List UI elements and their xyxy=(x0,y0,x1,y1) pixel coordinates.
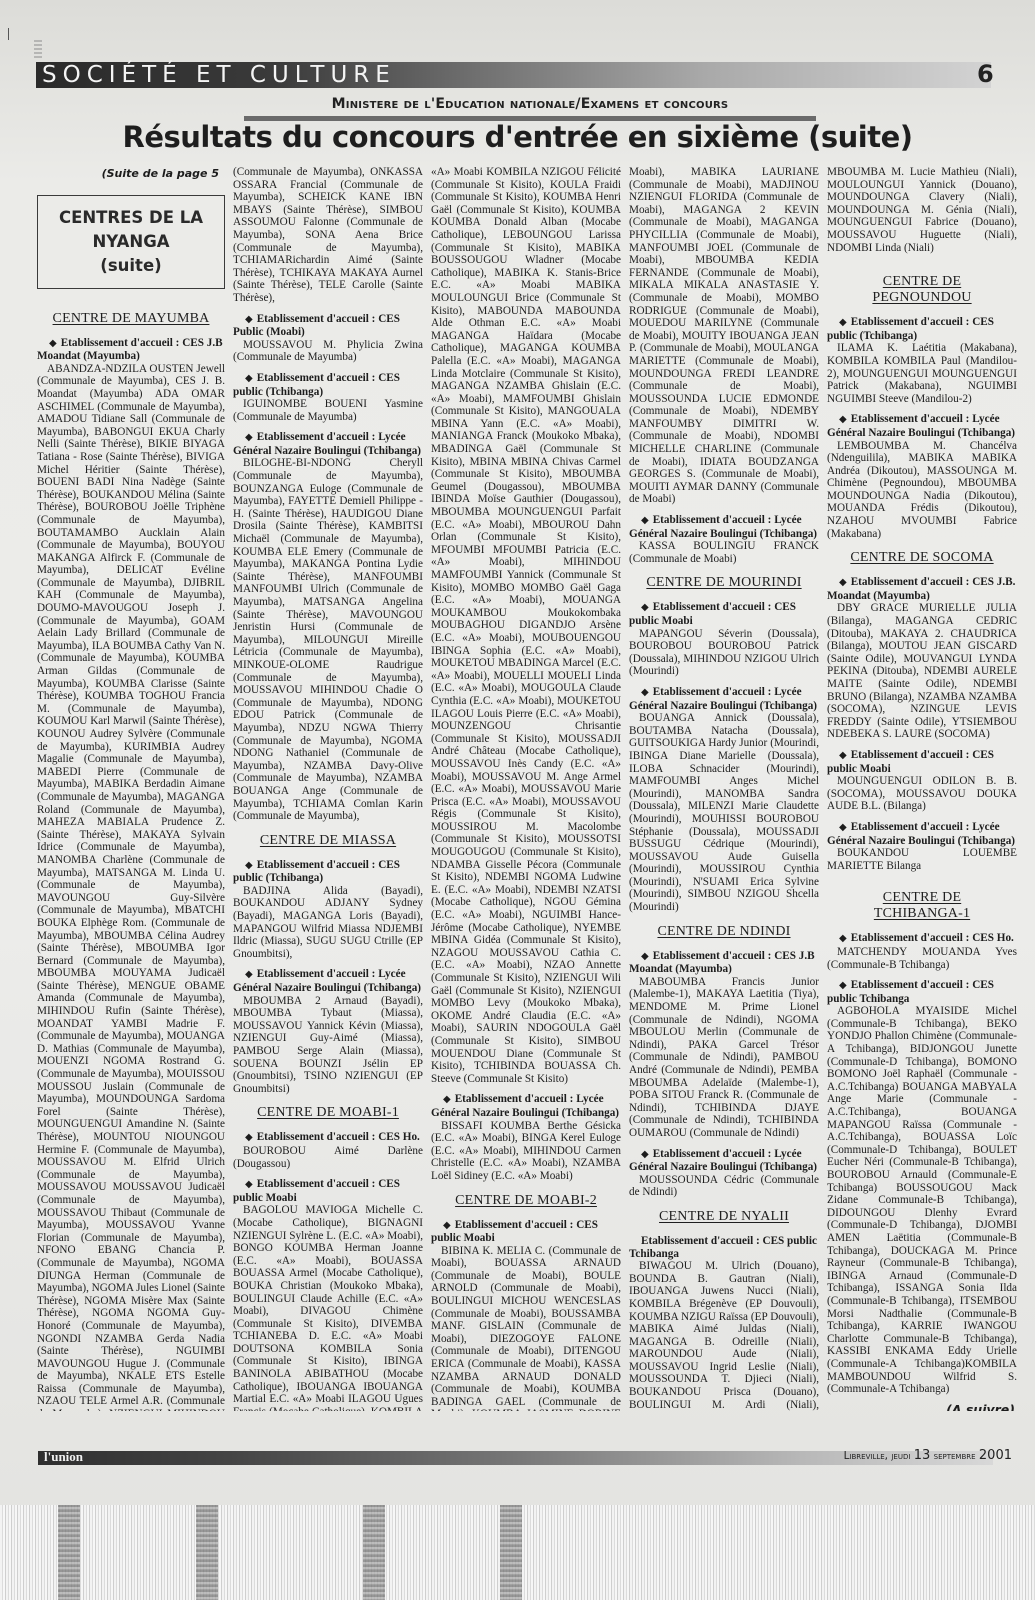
candidate-list: MBOUMBA M. Lucie Mathieu (Niali), MOULOU… xyxy=(827,166,1017,254)
candidate-list: MOUSSOUNDA Cédric (Communale de Ndindi) xyxy=(629,1174,819,1199)
candidate-list: IGUINOMBE BOUENI Yasmine (Communale de M… xyxy=(233,398,423,423)
school-heading: ◆Etablissement d'accueil : CES public (T… xyxy=(233,859,423,885)
candidate-list: «A» Moabi KOMBILA NZIGOU Félicité (Commu… xyxy=(431,166,621,1085)
diamond-bullet-icon: ◆ xyxy=(839,317,847,328)
diamond-bullet-icon: ◆ xyxy=(245,969,253,980)
article-kicker: Ministere de l'Education nationale/Exame… xyxy=(244,96,816,112)
candidate-list: KASSA BOULINGIU FRANCK (Communale de Moa… xyxy=(629,540,819,565)
diamond-bullet-icon: ◆ xyxy=(839,822,847,833)
candidate-list: ILAMA K. Laétitia (Makabana), KOMBILA KO… xyxy=(827,342,1017,405)
candidate-list: BADJINA Alida (Bayadi), BOUKANDOU ADJANY… xyxy=(233,885,423,961)
candidate-list: BOUANGA Annick (Doussala), BOUTAMBA Nata… xyxy=(629,712,819,914)
school-heading: ◆Etablissement d'accueil : CES J.B Moand… xyxy=(629,950,819,976)
centre-heading-pegnoundou: CENTRE DE PEGNOUNDOU xyxy=(827,274,1017,306)
diamond-bullet-icon: ◆ xyxy=(839,750,847,761)
diamond-bullet-icon: ◆ xyxy=(641,515,649,526)
school-heading: ◆Etablissement d'accueil : CES J.B Moand… xyxy=(37,337,225,363)
column-1: (Suite de la page 5 CENTRES DE LA NYANGA… xyxy=(37,166,225,1411)
candidate-list: BIWAGOU M. Ulrich (Douano), BOUNDA B. Ga… xyxy=(629,1260,819,1411)
school-heading: ◆Etablissement d'accueil : CES public Mo… xyxy=(431,1219,621,1245)
scanner-bed-background xyxy=(0,1505,1035,1600)
school-heading: ◆Etablissement d'accueil : CES public Mo… xyxy=(827,749,1017,775)
candidate-list: MABOUMBA Francis Junior (Malembe-1), MAK… xyxy=(629,976,819,1140)
school-heading: ◆Etablissement d'accueil : Lycée Général… xyxy=(431,1093,621,1119)
school-heading: ◆Etablissement d'accueil : CES public Mo… xyxy=(233,1178,423,1204)
continued-from-note: (Suite de la page 5 xyxy=(37,168,225,181)
region-title-line-2: NYANGA xyxy=(42,230,220,254)
column-4: Moabi), MABIKA LAURIANE (Communale de Mo… xyxy=(629,166,819,1411)
region-title-line-1: CENTRES DE LA xyxy=(42,206,220,230)
candidate-list: Moabi), MABIKA LAURIANE (Communale de Mo… xyxy=(629,166,819,506)
region-box-title: CENTRES DE LA NYANGA (suite) xyxy=(37,195,225,289)
candidate-list: MOUSSAVOU M. Phylicia Zwina (Communale d… xyxy=(233,339,423,364)
newspaper-brand: l'union xyxy=(44,1449,83,1465)
candidate-list: BISSAFI KOUMBA Berthe Gésicka (E.C. «A» … xyxy=(431,1120,621,1183)
school-heading: ◆Etablissement d'accueil : CES public (T… xyxy=(827,316,1017,342)
margin-mark xyxy=(8,28,9,40)
diamond-bullet-icon: ◆ xyxy=(839,980,847,991)
diamond-bullet-icon: ◆ xyxy=(245,373,253,384)
scan-artifact-stripe xyxy=(363,1505,385,1600)
scan-artifact-stripe xyxy=(58,1505,80,1600)
scan-artifact-stripe xyxy=(500,1505,522,1600)
centre-heading-mayumba: CENTRE DE MAYUMBA xyxy=(37,311,225,327)
centre-heading-miassa: CENTRE DE MIASSA xyxy=(233,833,423,849)
school-heading: ◆Etablissement d'accueil : CES public Mo… xyxy=(629,601,819,627)
school-heading: ◆Etablissement d'accueil : Lycée Général… xyxy=(233,968,423,994)
candidate-list: BOUKANDOU LOUEMBE MARIETTE Bilanga xyxy=(827,847,1017,872)
candidate-list: MOUNGUENGUI ODILON B. B. (SOCOMA), MOUSS… xyxy=(827,775,1017,813)
candidate-list: MBOUMBA 2 Arnaud (Bayadi), MBOUMBA Tybau… xyxy=(233,995,423,1096)
candidate-list: BILOGHE-BI-NDONG Cheryll (Communale de M… xyxy=(233,457,423,822)
candidate-list: ABANDZA-NDZILA OUSTEN Jewell (Communale … xyxy=(37,363,225,1411)
school-heading: ◆Etablissement d'accueil : Lycée Général… xyxy=(827,821,1017,847)
diamond-bullet-icon: ◆ xyxy=(443,1094,451,1105)
school-heading: ◆Etablissement d'accueil : Lycée Général… xyxy=(827,413,1017,439)
candidate-list: (Communale de Mayumba), ONKASSA OSSARA F… xyxy=(233,166,423,305)
centre-heading-ndindi: CENTRE DE NDINDI xyxy=(629,924,819,940)
centre-heading-mourindi: CENTRE DE MOURINDI xyxy=(629,575,819,591)
school-heading: ◆Etablissement d'accueil : CES public Tc… xyxy=(827,979,1017,1005)
diamond-bullet-icon: ◆ xyxy=(641,602,649,613)
candidate-list: BOUROBOU Aimé Darlène (Dougassou) xyxy=(233,1145,423,1170)
candidate-list: AGBOHOLA MYAISIDE Michel (Communale-B Tc… xyxy=(827,1005,1017,1395)
school-heading: ◆Etablissement d'accueil : CES Public (M… xyxy=(233,313,423,339)
diamond-bullet-icon: ◆ xyxy=(641,687,649,698)
column-3: «A» Moabi KOMBILA NZIGOU Félicité (Commu… xyxy=(431,166,621,1411)
centre-heading-socoma: CENTRE DE SOCOMA xyxy=(827,550,1017,566)
school-heading: Etablissement d'accueil : CES public Tch… xyxy=(629,1235,819,1260)
diamond-bullet-icon: ◆ xyxy=(839,577,847,588)
article-headline: Résultats du concours d'entrée en sixièm… xyxy=(40,120,995,154)
school-heading: ◆Etablissement d'accueil : CES public (T… xyxy=(233,372,423,398)
newspaper-page: SOCIÉTÉ ET CULTURE 6 Ministere de l'Educ… xyxy=(0,0,1035,1515)
centre-heading-nyalii: CENTRE DE NYALII xyxy=(629,1209,819,1225)
school-heading: ◆Etablissement d'accueil : Lycée Général… xyxy=(629,514,819,540)
diamond-bullet-icon: ◆ xyxy=(641,1149,649,1160)
section-banner: SOCIÉTÉ ET CULTURE xyxy=(36,62,991,88)
candidate-list: MATCHENDY MOUANDA Yves (Communale-B Tchi… xyxy=(827,946,1017,971)
diamond-bullet-icon: ◆ xyxy=(245,860,253,871)
registration-dots xyxy=(34,40,42,58)
column-5: MBOUMBA M. Lucie Mathieu (Niali), MOULOU… xyxy=(827,166,1017,1411)
school-heading: ◆Etablissement d'accueil : Lycée Général… xyxy=(629,686,819,712)
region-title-line-3: (suite) xyxy=(42,254,220,278)
diamond-bullet-icon: ◆ xyxy=(839,933,847,944)
to-be-continued-note: (A suivre) xyxy=(827,1404,1017,1411)
candidate-list: BAGOLOU MAVIOGA Michelle C. (Mocabe Cath… xyxy=(233,1204,423,1411)
centre-heading-moabi-2: CENTRE DE MOABI-2 xyxy=(431,1193,621,1209)
diamond-bullet-icon: ◆ xyxy=(49,338,57,349)
column-2: (Communale de Mayumba), ONKASSA OSSARA F… xyxy=(233,166,423,1411)
school-heading: ◆Etablissement d'accueil : CES Ho. xyxy=(827,932,1017,946)
school-heading: ◆Etablissement d'accueil : CES J.B. Moan… xyxy=(827,576,1017,602)
dateline: Libreville, jeudi 13 septembre 2001 xyxy=(760,1448,1012,1463)
diamond-bullet-icon: ◆ xyxy=(641,951,649,962)
page-number: 6 xyxy=(977,60,994,88)
diamond-bullet-icon: ◆ xyxy=(245,1179,253,1190)
school-heading: ◆Etablissement d'accueil : CES Ho. xyxy=(233,1131,423,1145)
diamond-bullet-icon: ◆ xyxy=(245,314,253,325)
centre-heading-moabi-1: CENTRE DE MOABI-1 xyxy=(233,1105,423,1121)
candidate-list: BIBINA K. MELIA C. (Communale de Moabi),… xyxy=(431,1245,621,1411)
diamond-bullet-icon: ◆ xyxy=(839,414,847,425)
school-heading: ◆Etablissement d'accueil : Lycée Général… xyxy=(233,431,423,457)
candidate-list: MAPANGOU Séverin (Doussala), BOUROBOU BO… xyxy=(629,628,819,678)
section-title: SOCIÉTÉ ET CULTURE xyxy=(42,62,396,88)
centre-heading-tchibanga-1: CENTRE DE TCHIBANGA-1 xyxy=(827,890,1017,922)
diamond-bullet-icon: ◆ xyxy=(245,432,253,443)
candidate-list: LEMBOUMBA M. Chancélva (Ndenguilila), MA… xyxy=(827,440,1017,541)
school-heading: ◆Etablissement d'accueil : Lycée Général… xyxy=(629,1148,819,1174)
scan-artifact-stripe xyxy=(196,1505,218,1600)
article-columns: (Suite de la page 5 CENTRES DE LA NYANGA… xyxy=(37,166,1025,1411)
diamond-bullet-icon: ◆ xyxy=(443,1220,451,1231)
diamond-bullet-icon: ◆ xyxy=(245,1132,253,1143)
candidate-list: DBY GRACE MURIELLE JULIA (Bilanga), MAGA… xyxy=(827,602,1017,741)
